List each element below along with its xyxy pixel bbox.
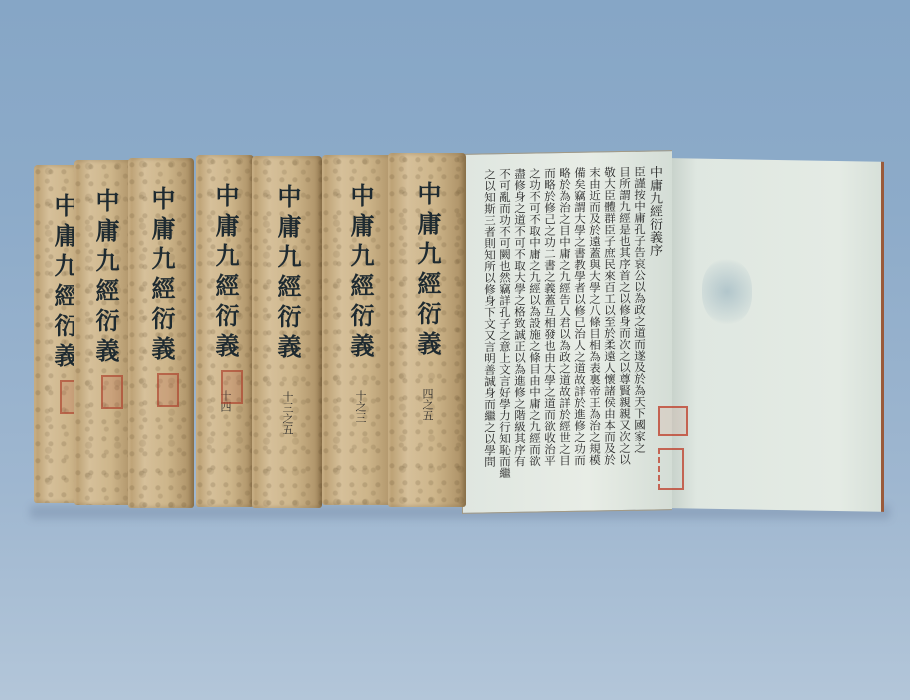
preface-heading: 中庸九經衍義序 [647,165,662,485]
book-volume: 中庸九經衍義十三之五 [252,156,322,508]
red-seal-stamp [221,370,243,404]
red-seal-stamp [658,406,688,436]
text-column: 不可亂而功不可闕也然竊詳孔子之意上文言好學力行知恥而繼 [497,168,512,488]
book-volume: 中庸九經衍義 [74,160,136,505]
volume-number-label: 四之五 [419,388,435,421]
volume-title: 中庸九經衍義 [275,184,299,364]
text-column: 末由近而及於遠蓋與大學之八條目相為表裏帝王為治之規模 [587,166,602,486]
book-volume: 中庸九經衍義十之三 [322,155,398,505]
book-volume: 中庸九經衍義十四 [196,155,254,507]
text-column: 目所謂九經是也其序首之以修身而次之以尊賢親親又次之以 [617,166,632,486]
blank-page [672,158,884,512]
red-seal-stamp [101,375,123,409]
volume-title: 中庸九經衍義 [213,183,237,363]
volume-title: 中庸九經衍義 [415,181,439,361]
preface-columns: 臣謹按中庸孔子告哀公以為政之道而遂及於為天下國家之目所謂九經是也其序首之以修身而… [482,166,647,489]
volume-number-label: 十之三 [352,390,368,423]
book-volume: 中庸九經衍義四之五 [388,153,466,507]
book-volume: 中庸九經衍義 [128,158,194,508]
volume-title: 中庸九經衍義 [52,193,76,373]
volume-title: 中庸九經衍義 [348,183,372,363]
red-seal-stamp-2 [658,448,684,490]
text-column: 敬大臣體群臣子庶民來百工以至於柔遠人懷諸侯由本而及於 [602,166,617,486]
volume-title: 中庸九經衍義 [149,186,173,366]
text-column: 略於為治之目中庸之九經告人君以為政之道故詳於經世之目 [557,167,572,487]
water-stain [702,259,752,325]
text-column: 盡修身之道不可不取大學之格致誠正以為進修之階級其序有 [512,168,527,488]
photo-scene: 中庸九經衍義中庸九經衍義中庸九經衍義中庸九經衍義十四中庸九經衍義十三之五中庸九經… [0,0,910,700]
volume-number-label: 十三之五 [279,391,295,435]
text-column: 而略於修己之功二書之義蓋互相發也由大學之道而欲收治平 [542,167,557,487]
text-column: 之功不可不取中庸之九經以為設施之條目由中庸之九經而欲 [527,167,542,487]
volume-title: 中庸九經衍義 [93,188,117,368]
open-book: 中庸九經衍義序 臣謹按中庸孔子告哀公以為政之道而遂及於為天下國家之目所謂九經是也… [462,152,884,512]
preface-text: 中庸九經衍義序 臣謹按中庸孔子告哀公以為政之道而遂及於為天下國家之目所謂九經是也… [482,165,662,488]
text-column: 之以知斯三者則知所以修身下文又言明善誠身而繼之以學問 [482,168,497,488]
red-seal-stamp [157,373,179,407]
text-column: 備矣竊謂大學之書教學者以修己治人之道故詳於進修之功而 [572,167,587,487]
text-column: 臣謹按中庸孔子告哀公以為政之道而遂及於為天下國家之 [632,166,647,486]
preface-page: 中庸九經衍義序 臣謹按中庸孔子告哀公以為政之道而遂及於為天下國家之目所謂九經是也… [462,150,672,514]
